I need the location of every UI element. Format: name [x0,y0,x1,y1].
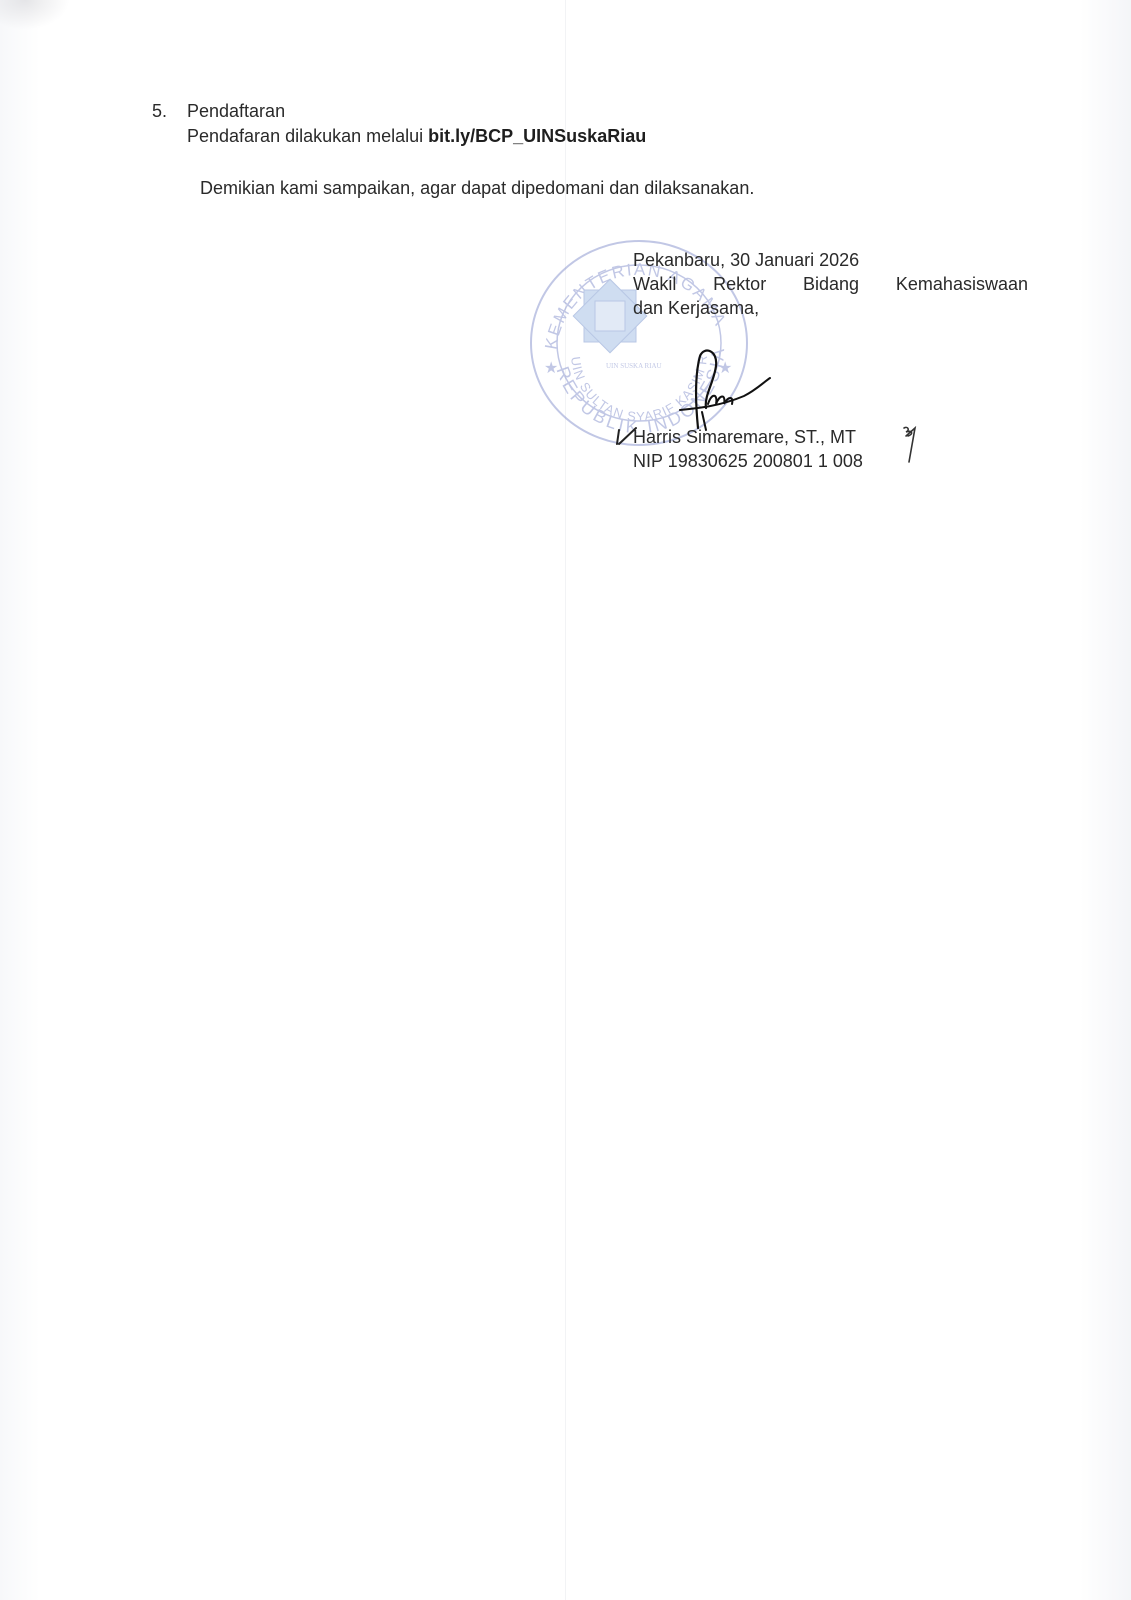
list-item-title: Pendaftaran [187,100,285,122]
registration-text: Pendafaran dilakukan melalui bit.ly/BCP_… [187,125,646,147]
paraf-mark-icon [900,424,920,464]
closing-statement: Demikian kami sampaikan, agar dapat dipe… [200,177,754,199]
signature-block: Pekanbaru, 30 Januari 2026 Wakil Rektor … [633,248,1028,320]
registration-link[interactable]: bit.ly/BCP_UINSuskaRiau [428,126,646,146]
signer-position: Wakil Rektor Bidang Kemahasiswaan [633,272,1028,296]
svg-text:★: ★ [718,360,732,377]
signer-nip: NIP 19830625 200801 1 008 [633,449,863,473]
list-item-number: 5. [152,100,167,122]
place-date: Pekanbaru, 30 Januari 2026 [633,248,1028,272]
svg-text:★: ★ [544,360,558,377]
svg-text:UIN SUSKA RIAU: UIN SUSKA RIAU [606,362,662,370]
signer-position-line2: dan Kerjasama, [633,296,1028,320]
document-page: 5. Pendaftaran Pendafaran dilakukan mela… [0,0,1131,1600]
registration-prefix: Pendafaran dilakukan melalui [187,126,428,146]
svg-text:REPUBLIK INDONESIA: REPUBLIK INDONESIA [553,345,729,437]
signer-name: Harris Simaremare, ST., MT [633,425,856,449]
scan-fold-line [565,0,566,1600]
scan-shadow [0,0,70,30]
